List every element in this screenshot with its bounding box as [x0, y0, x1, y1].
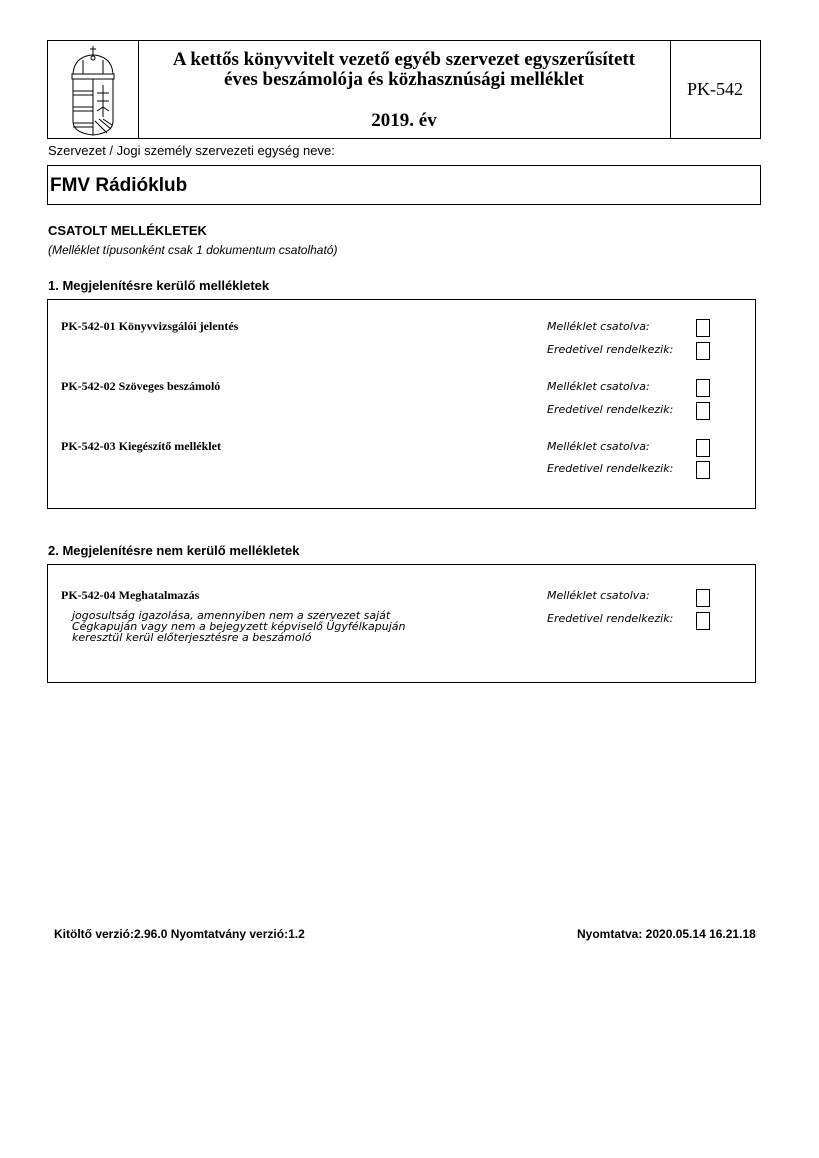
attached-label: Melléklet csatolva:	[547, 440, 650, 453]
attached-checkbox[interactable]	[696, 319, 710, 337]
original-checkbox[interactable]	[696, 402, 710, 420]
hungarian-coat-of-arms-icon	[48, 41, 138, 138]
attached-label: Melléklet csatolva:	[547, 380, 650, 393]
form-year: 2019. év	[138, 110, 670, 132]
original-checkbox[interactable]	[696, 612, 710, 630]
section1-title: 1. Megjelenítésre kerülő mellékletek	[48, 278, 269, 293]
form-header: A kettős könyvvitelt vezető egyéb szerve…	[47, 40, 761, 139]
title-line-1: A kettős könyvvitelt vezető egyéb szerve…	[138, 50, 670, 70]
form-code: PK-542	[670, 41, 760, 138]
attachment-item-title: PK-542-01 Könyvvizsgálói jelentés	[61, 319, 238, 334]
attachment-item-title: PK-542-02 Szöveges beszámoló	[61, 379, 220, 394]
attached-label: Melléklet csatolva:	[547, 589, 650, 602]
original-label: Eredetivel rendelkezik:	[547, 343, 673, 356]
original-label: Eredetivel rendelkezik:	[547, 403, 673, 416]
original-checkbox[interactable]	[696, 461, 710, 479]
attachment-item-title: PK-542-03 Kiegészítő melléklet	[61, 439, 221, 454]
organization-label: Szervezet / Jogi személy szervezeti egys…	[48, 143, 335, 158]
section2-title: 2. Megjelenítésre nem kerülő mellékletek	[48, 543, 299, 558]
original-label: Eredetivel rendelkezik:	[547, 462, 673, 475]
attachment-item-description: jogosultság igazolása, amennyiben nem a …	[72, 610, 452, 643]
organization-name: FMV Rádióklub	[50, 175, 187, 197]
printed-timestamp: Nyomtatva: 2020.05.14 16.21.18	[577, 927, 756, 941]
organization-name-field[interactable]: FMV Rádióklub	[47, 165, 761, 205]
attached-checkbox[interactable]	[696, 439, 710, 457]
section1-panel: PK-542-01 Könyvvizsgálói jelentés Mellék…	[47, 299, 756, 509]
attached-checkbox[interactable]	[696, 589, 710, 607]
form-title: A kettős könyvvitelt vezető egyéb szerve…	[138, 41, 671, 138]
attachments-title: CSATOLT MELLÉKLETEK	[48, 223, 207, 238]
section2-panel: PK-542-04 Meghatalmazás jogosultság igaz…	[47, 564, 756, 683]
title-line-2: éves beszámolója és közhasznúsági mellék…	[138, 70, 670, 90]
attachment-item-title: PK-542-04 Meghatalmazás	[61, 588, 199, 603]
version-info: Kitöltő verzió:2.96.0 Nyomtatvány verzió…	[54, 927, 305, 941]
crest-cell	[48, 41, 139, 138]
attachments-note: (Melléklet típusonként csak 1 dokumentum…	[48, 243, 337, 257]
attached-label: Melléklet csatolva:	[547, 320, 650, 333]
original-label: Eredetivel rendelkezik:	[547, 612, 673, 625]
attached-checkbox[interactable]	[696, 379, 710, 397]
original-checkbox[interactable]	[696, 342, 710, 360]
